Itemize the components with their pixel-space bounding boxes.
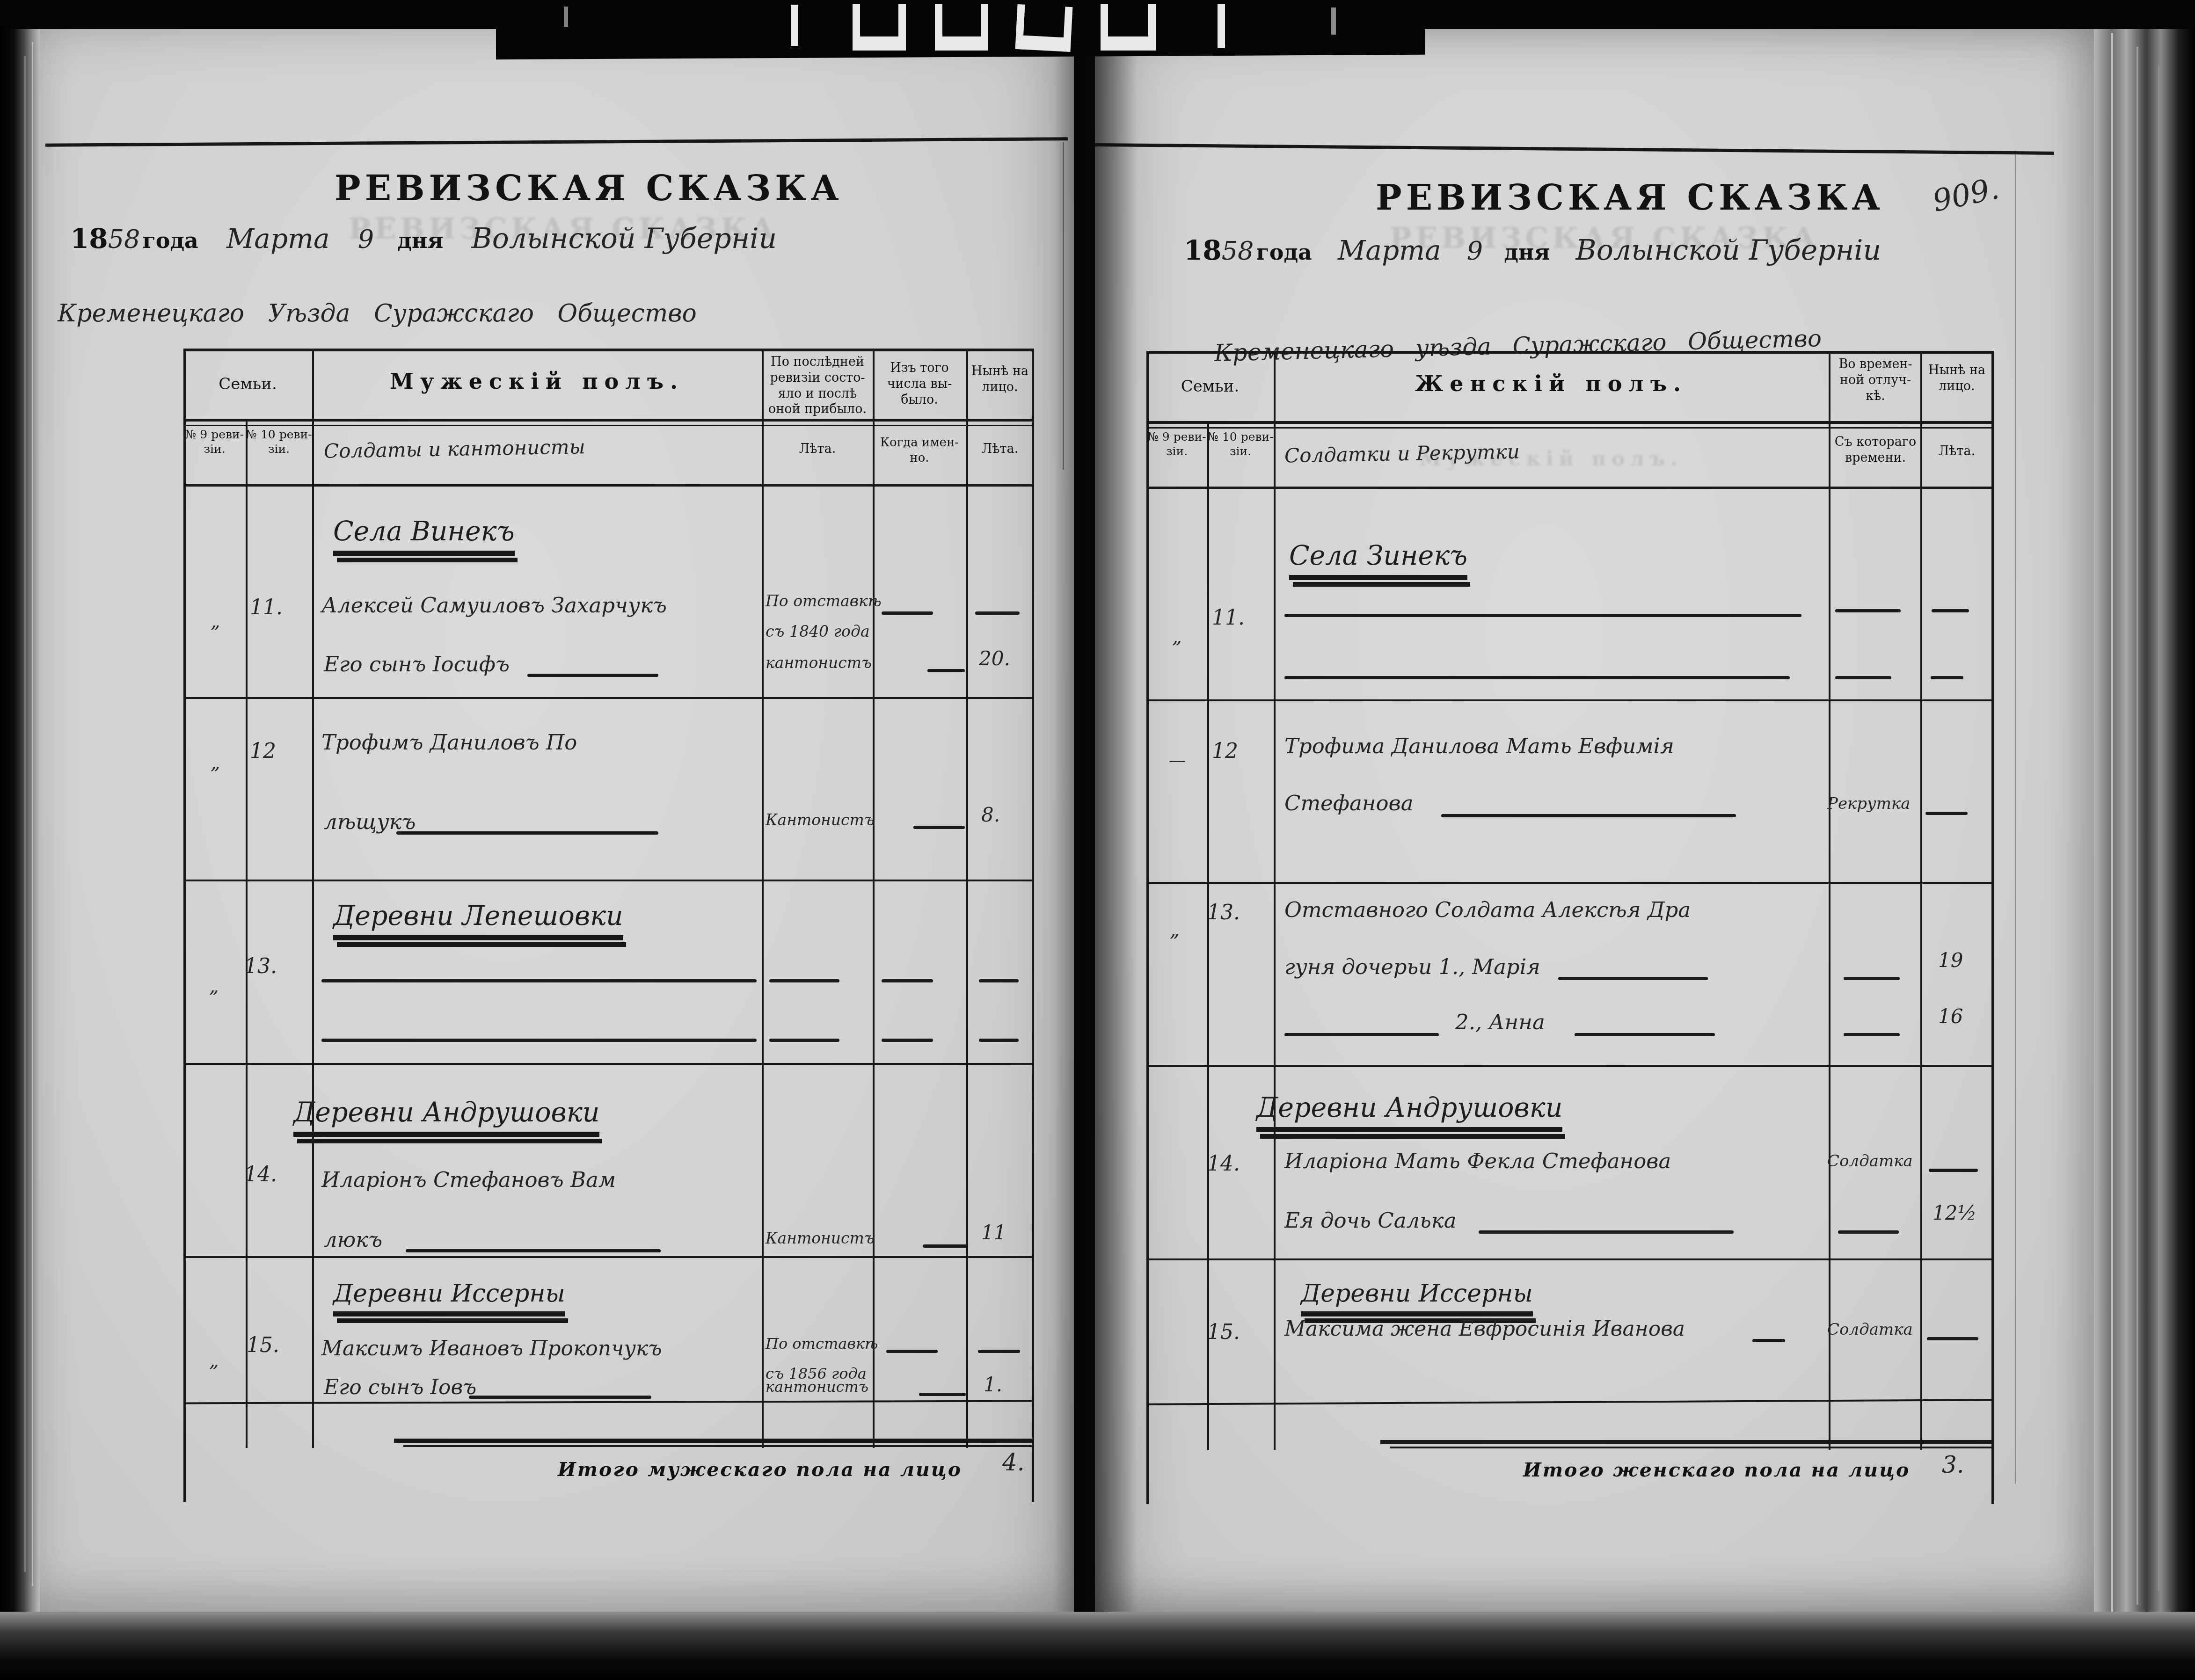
col-header-family: Семьи. <box>183 374 312 394</box>
record-note: съ 1840 года <box>766 622 870 640</box>
page-title: РЕВИЗСКАЯ СКАЗКА <box>335 168 843 209</box>
date-year-hand: 58 <box>108 225 140 254</box>
record-note: кантонистъ <box>766 1378 868 1396</box>
dash-line <box>882 611 933 615</box>
col-header-female-sex: Женскій полъ. <box>1274 371 1829 398</box>
section-heading: Деревни Андрушовки <box>293 1097 599 1137</box>
grid-line <box>1146 882 1993 884</box>
col-header-rev9: № 9 реви- зіи. <box>1146 429 1207 459</box>
right-page-stack-edge <box>2094 19 2195 1642</box>
ditto-mark: „ <box>209 1350 219 1371</box>
record-status: Солдатка <box>1827 1152 1913 1171</box>
record-note: кантонистъ <box>766 654 872 672</box>
ditto-mark: „ <box>1170 919 1180 941</box>
book-gutter <box>1053 28 1137 1614</box>
dash-line <box>1844 977 1900 980</box>
dash-line <box>923 1244 967 1248</box>
grid-line <box>1920 351 1922 1450</box>
col-header-years2: Лѣта. <box>968 441 1032 457</box>
record-name: Иларіонъ Стефановъ Вам <box>321 1167 616 1192</box>
dash-line <box>1284 676 1790 679</box>
dash-line <box>1284 1033 1439 1036</box>
record-note: По отставкѣ <box>766 1335 878 1353</box>
record-note: Кантонистъ <box>766 811 875 829</box>
col-header-when: Когда имен- но. <box>875 435 964 465</box>
record-name: Стефанова <box>1284 791 1414 815</box>
ditto-mark: „ <box>1172 626 1182 647</box>
date-month: Марта <box>1338 234 1441 266</box>
bottom-book-edge <box>0 1612 2195 1680</box>
record-name: Трофима Данилова Мать Евфимія <box>1284 734 1674 758</box>
family-number: 13. <box>244 954 277 978</box>
col-header-last-revision: По послѣдней ревизіи состо- яло и послѣ … <box>764 354 871 417</box>
grid-line <box>1146 1258 1993 1260</box>
right-page: 909. РЕВИЗСКАЯ СКАЗКА РЕВИЗСКАЯ СКАЗКА 1… <box>1095 28 2094 1614</box>
record-age: 16 <box>1938 1005 1963 1028</box>
family-number: 11. <box>250 596 283 619</box>
date-year-hand: 58 <box>1222 236 1254 266</box>
grid-line <box>1146 1065 1993 1067</box>
grid-line <box>966 349 968 1448</box>
summary-rule <box>1380 1440 1993 1444</box>
grid-line <box>1991 351 1994 1504</box>
record-name: лѣщукъ <box>324 809 416 834</box>
dash-line <box>1932 609 1969 612</box>
page-margin-line <box>2015 151 2016 1484</box>
record-name: Ея дочь Салька <box>1284 1208 1456 1233</box>
dash-line <box>1575 1033 1715 1036</box>
category-handwritten: Солдатки и Рекрутки <box>1284 440 1520 467</box>
family-number: 12 <box>250 739 276 763</box>
col-header-years: Лѣта. <box>1922 444 1991 459</box>
dash-line <box>978 1350 1020 1353</box>
dash-line <box>979 1039 1019 1042</box>
film-frame-digit-fragment <box>1101 4 1156 51</box>
family-number: 15. <box>1207 1320 1240 1344</box>
date-day: 9 <box>358 225 374 254</box>
film-frame-digit-fragment <box>1015 4 1073 52</box>
grid-line <box>1146 351 1149 1504</box>
col-header-family: Семьи. <box>1146 377 1274 397</box>
dash-line <box>1835 609 1901 612</box>
section-heading: Деревни Иссерны <box>1301 1280 1533 1316</box>
col-header-away: Во времен- ной отлуч- кѣ. <box>1830 356 1920 404</box>
page-stack-line <box>2137 47 2138 1605</box>
date-year-printed: 18 <box>70 223 108 255</box>
place-line: Кременецкаго Уѣзда Суражскаго Общество <box>58 299 697 327</box>
category-handwritten: Солдаты и кантонисты <box>324 435 586 463</box>
dash-line <box>769 979 839 982</box>
family-number: 13. <box>1207 901 1240 924</box>
record-status: Рекрутка <box>1827 794 1911 813</box>
dash-line <box>1838 1230 1899 1234</box>
record-age: 1. <box>984 1373 1002 1396</box>
record-name: Его сынъ Іовъ <box>324 1375 476 1399</box>
col-header-present: Нынѣ на лицо. <box>1922 363 1991 394</box>
record-name: Иларіона Мать Фекла Стефанова <box>1284 1149 1671 1173</box>
date-year-printed: 18 <box>1184 234 1222 266</box>
family-number: 14. <box>244 1163 277 1186</box>
dash-line <box>396 831 658 835</box>
dash-line <box>1479 1230 1734 1234</box>
date-day: 9 <box>1467 236 1483 266</box>
grid-line <box>183 697 1034 699</box>
section-heading: Деревни Лепешовки <box>333 901 623 940</box>
date-region: Волынской Губерніи <box>1576 234 1881 267</box>
record-age: 11 <box>981 1221 1006 1244</box>
dash-line <box>469 1396 651 1399</box>
record-status: Солдатка <box>1827 1320 1913 1339</box>
family-number: 12 <box>1212 739 1238 763</box>
col-header-years1: Лѣта. <box>764 441 871 457</box>
record-age: 8. <box>981 803 1000 826</box>
col-header-rev10: № 10 реви- зіи. <box>1207 429 1274 459</box>
section-heading: Деревни Андрушовки <box>1256 1092 1562 1132</box>
record-age: 12½ <box>1932 1201 1976 1224</box>
ditto-mark: — <box>1169 751 1186 770</box>
record-name: Отставного Солдата Алексѣя Дра <box>1284 897 1691 922</box>
grid-line <box>246 419 248 1448</box>
grid-line <box>1829 351 1830 1450</box>
col-header-rev10: № 10 реви- зіи. <box>246 427 312 457</box>
dash-line <box>406 1249 661 1252</box>
grid-line <box>183 1400 1034 1404</box>
grid-line <box>183 419 1034 422</box>
summary-rule <box>403 1445 1032 1447</box>
record-note: Кантонистъ <box>766 1229 875 1247</box>
film-frame-digit-fragment <box>1218 4 1225 48</box>
grid-line <box>183 349 1034 351</box>
summary-rule <box>1390 1447 1993 1448</box>
page-stack-line <box>32 42 33 1586</box>
record-name: Его сынъ Іосифъ <box>324 652 510 676</box>
scanned-revision-list-photo: РЕВИЗСКАЯ СКАЗКА РЕВИЗСКАЯ СКАЗКА 1858 г… <box>0 0 2195 1680</box>
page-stack-line <box>24 56 26 1572</box>
grid-line <box>183 484 1034 487</box>
grid-line <box>1146 699 1993 701</box>
col-header-rev9: № 9 реви- зіи. <box>183 427 246 457</box>
record-name: Максимъ Ивановъ Прокопчукъ <box>321 1337 662 1360</box>
grid-line <box>1146 351 1993 354</box>
total-label: Итого мужескаго пола на лицо <box>558 1458 962 1481</box>
family-number: 15. <box>247 1333 279 1357</box>
dash-line <box>1931 676 1963 679</box>
page-stack-line <box>2158 65 2159 1591</box>
grid-line <box>873 349 875 1448</box>
col-header-male-sex: Мужескій полъ. <box>312 368 762 395</box>
film-frame-digit-fragment <box>853 4 906 51</box>
dash-line <box>1929 1169 1978 1172</box>
date-year-word: года <box>143 228 198 253</box>
page-stack-line <box>2111 33 2113 1614</box>
grid-line <box>183 880 1034 881</box>
record-name: Максима жена Евфросинія Иванова <box>1284 1317 1685 1341</box>
grid-line <box>1207 421 1209 1450</box>
dash-line <box>979 979 1019 982</box>
page-top-rule <box>45 137 1068 146</box>
ditto-mark: „ <box>209 975 219 997</box>
dash-line <box>1927 1337 1978 1340</box>
grid-line <box>1146 421 1993 424</box>
dash-line <box>321 1039 757 1042</box>
dash-line <box>1284 614 1801 617</box>
dash-line <box>886 1350 938 1353</box>
grid-line <box>1032 349 1034 1502</box>
record-name: люкъ <box>324 1227 382 1252</box>
dash-line <box>769 1039 839 1042</box>
record-age: 19 <box>1938 949 1963 972</box>
left-table: Семьи. Мужескій полъ. По послѣдней ревиз… <box>183 349 1034 1502</box>
grid-line <box>183 425 1034 426</box>
right-table: Семьи. Женскій полъ. Мужескій полъ. Во в… <box>1146 351 1993 1504</box>
dash-line <box>1925 812 1968 815</box>
film-frame-digit-fragment <box>935 4 988 51</box>
grid-line <box>183 349 186 1502</box>
col-header-present: Нынѣ на лицо. <box>968 364 1032 395</box>
date-day-word: дня <box>1504 240 1550 265</box>
grid-line <box>762 349 764 1448</box>
dash-line <box>1835 676 1891 679</box>
record-age: 20. <box>979 647 1010 670</box>
col-header-departed: Изъ того числа вы- было. <box>875 360 964 407</box>
section-heading: Села Винекъ <box>333 516 515 556</box>
record-name: Трофимъ Даниловъ По <box>321 730 577 755</box>
dash-line <box>913 826 965 829</box>
date-year-word: года <box>1256 240 1312 265</box>
record-note: По отставкѣ <box>766 592 882 610</box>
dash-line <box>975 611 1020 615</box>
record-name: 2., Анна <box>1455 1010 1545 1034</box>
ditto-mark: „ <box>211 611 220 632</box>
dash-line <box>919 1393 966 1396</box>
family-number: 14. <box>1207 1152 1240 1176</box>
ditto-mark: „ <box>211 752 220 773</box>
date-month: Марта <box>226 223 330 255</box>
summary-rule <box>394 1439 1032 1443</box>
total-value: 3. <box>1942 1451 1964 1478</box>
dash-line <box>1441 814 1736 817</box>
total-value: 4. <box>1002 1449 1025 1476</box>
date-day-word: дня <box>397 228 443 253</box>
grid-line <box>1146 427 1993 429</box>
dash-line <box>1752 1339 1785 1342</box>
dash-line <box>882 979 933 982</box>
dash-line <box>321 979 757 982</box>
dash-line <box>882 1039 933 1042</box>
grid-line <box>183 1256 1034 1258</box>
page-number: 909. <box>1930 171 2002 219</box>
record-name: гуня дочерьи 1., Марія <box>1284 954 1540 979</box>
date-region: Волынской Губерніи <box>472 222 777 255</box>
left-page-stack-edge <box>0 28 40 1614</box>
grid-line <box>183 1063 1034 1065</box>
family-number: 11. <box>1212 606 1245 630</box>
page-title: РЕВИЗСКАЯ СКАЗКА <box>1376 178 1884 218</box>
dash-line <box>527 674 658 677</box>
date-line: 1858 года Марта 9 дня Волынской Губерніи <box>70 222 1006 255</box>
grid-line <box>1146 487 1993 489</box>
left-page: РЕВИЗСКАЯ СКАЗКА РЕВИЗСКАЯ СКАЗКА 1858 г… <box>40 28 1074 1612</box>
grid-line <box>312 349 314 1448</box>
film-frame-digit-fragment <box>1331 7 1336 35</box>
section-heading: Деревни Иссерны <box>333 1280 565 1316</box>
dash-line <box>1558 977 1708 980</box>
col-header-since: Съ котораго времени. <box>1830 434 1920 466</box>
total-label: Итого женскаго пола на лицо <box>1523 1459 1910 1481</box>
grid-line <box>1274 351 1276 1450</box>
record-name: Алексей Самуиловъ Захарчукъ <box>321 593 667 618</box>
section-heading: Села Зинекъ <box>1289 540 1467 580</box>
film-frame-digit-fragment <box>564 7 568 27</box>
page-top-rule <box>1095 143 2054 155</box>
film-frame-digit-fragment <box>791 5 798 46</box>
date-line: 1858 года Марта 9 дня Волынской Губерніи <box>1184 234 2096 267</box>
dash-line <box>927 669 965 672</box>
dash-line <box>1844 1033 1900 1036</box>
